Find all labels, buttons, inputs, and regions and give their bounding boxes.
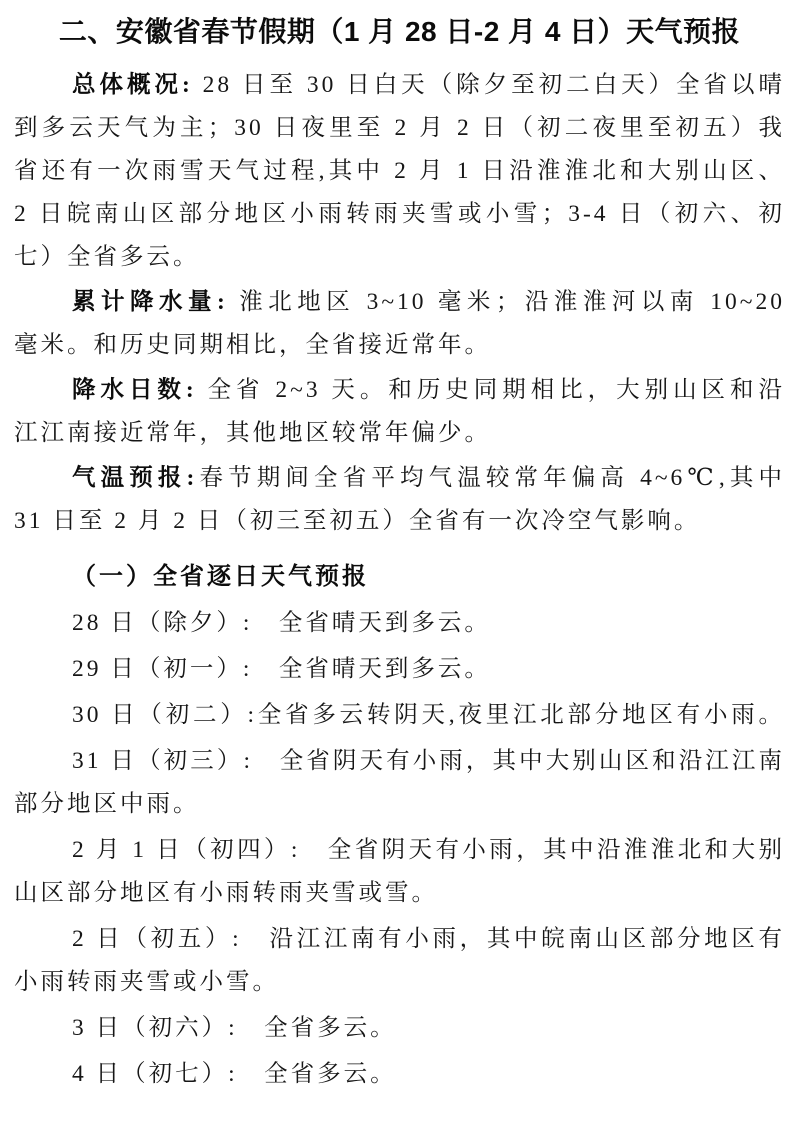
text-line: 小雨转雨夹雪或小雪。	[14, 961, 785, 1004]
daily-forecast-day29: 29 日（初一）: 全省晴天到多云。	[14, 648, 785, 691]
paragraph-label-precip-total: 累计降水量:	[72, 289, 228, 315]
text-line: 降水日数: 全省 2~3 天。和历史同期相比，大别山区和沿	[14, 369, 785, 412]
text-line: 31 日至 2 月 2 日（初三至初五）全省有一次冷空气影响。	[14, 500, 785, 543]
text-line: 省还有一次雨雪天气过程,其中 2 月 1 日沿淮淮北和大别山区、	[14, 150, 785, 193]
text-line: 山区部分地区有小雨转雨夹雪或雪。	[14, 872, 785, 915]
text-line: 2 月 1 日（初四）: 全省阴天有小雨，其中沿淮淮北和大别	[14, 829, 785, 872]
daily-forecast-day31: 31 日（初三）: 全省阴天有小雨，其中大别山区和沿江江南 部分地区中雨。	[14, 740, 785, 826]
text-line: 2 日（初五）: 沿江江南有小雨，其中皖南山区部分地区有	[14, 918, 785, 961]
text-line: 总体概况: 28 日至 30 日白天（除夕至初二白天）全省以晴	[14, 64, 785, 107]
text-line: 七）全省多云。	[14, 236, 785, 279]
text-line: 2 日皖南山区部分地区小雨转雨夹雪或小雪；3-4 日（初六、初	[14, 193, 785, 236]
text-line: 气温预报:春节期间全省平均气温较常年偏高 4~6℃,其中	[14, 457, 785, 500]
paragraph-precip-total: 累计降水量: 淮北地区 3~10 毫米；沿淮淮河以南 10~20 毫米。和历史同…	[14, 281, 785, 367]
daily-forecast-day28: 28 日（除夕）: 全省晴天到多云。	[14, 602, 785, 645]
text-line: 部分地区中雨。	[14, 783, 785, 826]
text-line: 30 日（初二）:全省多云转阴天,夜里江北部分地区有小雨。	[14, 694, 785, 737]
text-line: 3 日（初六）: 全省多云。	[14, 1007, 785, 1050]
daily-forecast-feb4: 4 日（初七）: 全省多云。	[14, 1053, 785, 1096]
daily-forecast-feb2: 2 日（初五）: 沿江江南有小雨，其中皖南山区部分地区有 小雨转雨夹雪或小雪。	[14, 918, 785, 1004]
daily-forecast-day30: 30 日（初二）:全省多云转阴天,夜里江北部分地区有小雨。	[14, 694, 785, 737]
document-title: 二、安徽省春节假期（1 月 28 日-2 月 4 日）天气预报	[14, 8, 785, 56]
section-heading-daily-forecast: （一）全省逐日天气预报	[14, 556, 785, 599]
text-line: 到多云天气为主；30 日夜里至 2 月 2 日（初二夜里至初五）我	[14, 107, 785, 150]
daily-forecast-feb3: 3 日（初六）: 全省多云。	[14, 1007, 785, 1050]
paragraph-temperature: 气温预报:春节期间全省平均气温较常年偏高 4~6℃,其中 31 日至 2 月 2…	[14, 457, 785, 543]
text-line: 累计降水量: 淮北地区 3~10 毫米；沿淮淮河以南 10~20	[14, 281, 785, 324]
text-run: 28 日至 30 日白天（除夕至初二白天）全省以晴	[193, 72, 785, 98]
text-line: 4 日（初七）: 全省多云。	[14, 1053, 785, 1096]
paragraph-label-temperature: 气温预报:	[72, 465, 197, 491]
text-line: 毫米。和历史同期相比，全省接近常年。	[14, 324, 785, 367]
paragraph-label-precip-days: 降水日数:	[72, 377, 197, 403]
paragraph-precip-days: 降水日数: 全省 2~3 天。和历史同期相比，大别山区和沿 江江南接近常年，其他…	[14, 369, 785, 455]
text-line: 29 日（初一）: 全省晴天到多云。	[14, 648, 785, 691]
daily-forecast-feb1: 2 月 1 日（初四）: 全省阴天有小雨，其中沿淮淮北和大别 山区部分地区有小雨…	[14, 829, 785, 915]
text-line: 31 日（初三）: 全省阴天有小雨，其中大别山区和沿江江南	[14, 740, 785, 783]
paragraph-overview: 总体概况: 28 日至 30 日白天（除夕至初二白天）全省以晴 到多云天气为主；…	[14, 64, 785, 279]
document-page: 二、安徽省春节假期（1 月 28 日-2 月 4 日）天气预报 总体概况: 28…	[0, 0, 800, 1143]
text-line: 28 日（除夕）: 全省晴天到多云。	[14, 602, 785, 645]
text-line: 江江南接近常年，其他地区较常年偏少。	[14, 412, 785, 455]
text-run: 淮北地区 3~10 毫米；沿淮淮河以南 10~20	[228, 289, 785, 315]
paragraph-label-overview: 总体概况:	[72, 72, 193, 98]
text-run: 春节期间全省平均气温较常年偏高 4~6℃,其中	[197, 465, 785, 491]
text-run: 全省 2~3 天。和历史同期相比，大别山区和沿	[197, 377, 785, 403]
